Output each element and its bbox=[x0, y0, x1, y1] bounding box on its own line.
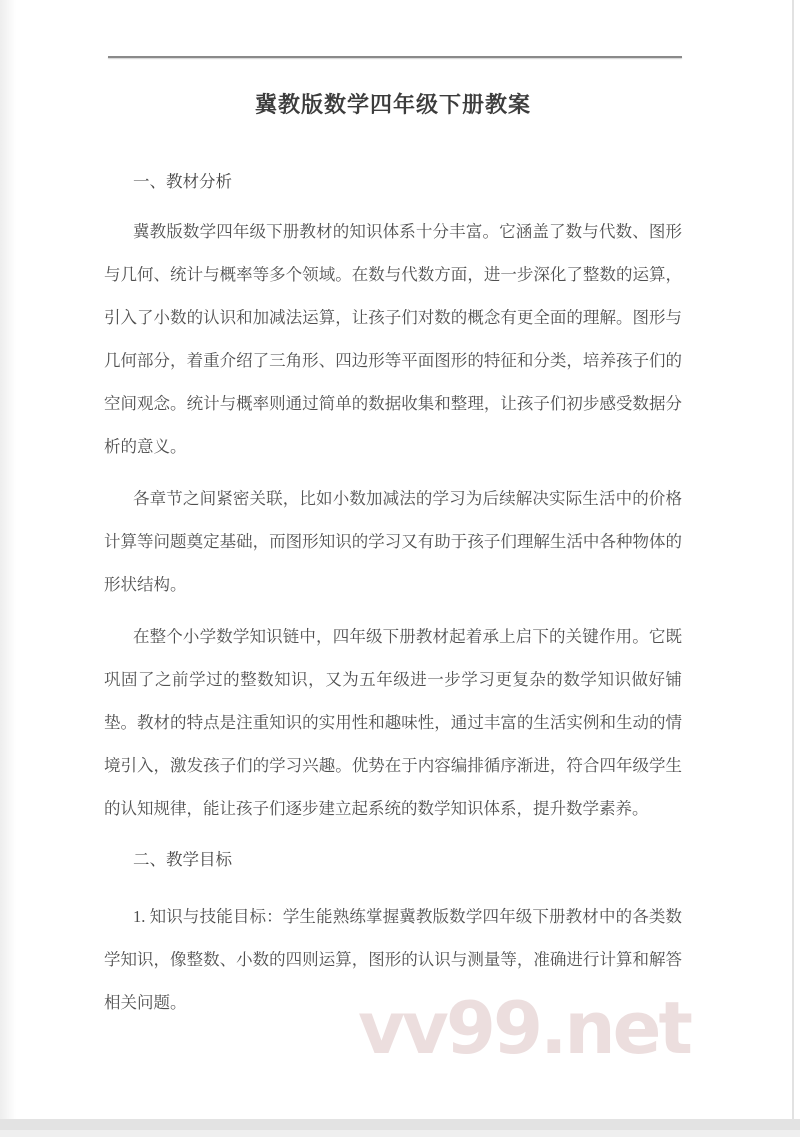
page-left-shadow bbox=[0, 0, 16, 1119]
paragraph-chapter-links: 各章节之间紧密关联，比如小数加减法的学习为后续解决实际生活中的价格计算等问题奠定… bbox=[104, 477, 682, 606]
document-page: 冀教版数学四年级下册教案 一、教材分析 冀教版数学四年级下册教材的知识体系十分丰… bbox=[0, 0, 800, 1137]
header-rule bbox=[108, 56, 682, 58]
page-title: 冀教版数学四年级下册教案 bbox=[104, 88, 682, 119]
page-right-edge bbox=[792, 0, 794, 1119]
viewer-background-strip bbox=[0, 1130, 800, 1137]
paragraph-knowledge-skill-goal: 1. 知识与技能目标：学生能熟练掌握冀教版数学四年级下册教材中的各类数学知识，像… bbox=[104, 895, 682, 1024]
section-heading-teaching-goals: 二、教学目标 bbox=[104, 848, 682, 872]
page-bottom-edge bbox=[0, 1119, 800, 1130]
paragraph-textbook-role: 在整个小学数学知识链中，四年级下册教材起着承上启下的关键作用。它既巩固了之前学过… bbox=[104, 615, 682, 830]
section-heading-material-analysis: 一、教材分析 bbox=[104, 170, 682, 194]
paragraph-knowledge-system: 冀教版数学四年级下册教材的知识体系十分丰富。它涵盖了数与代数、图形与几何、统计与… bbox=[104, 210, 682, 468]
